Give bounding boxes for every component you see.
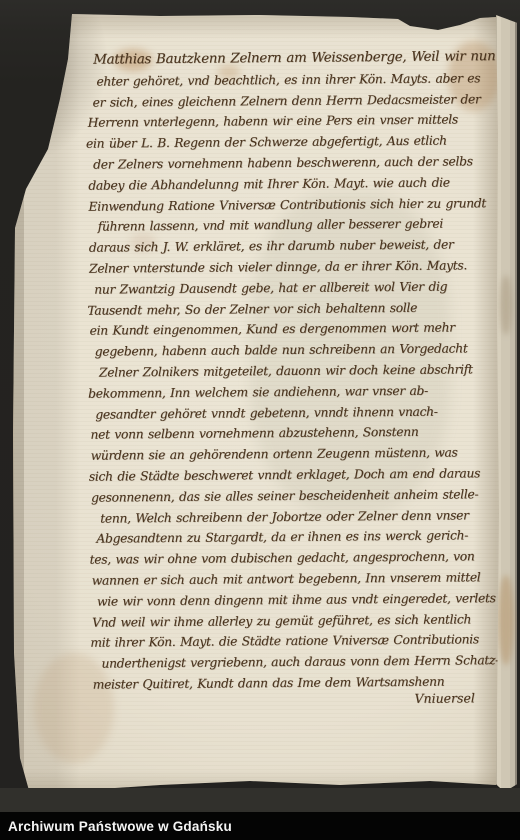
manuscript-line: dabey die Abhandelunng mit Ihrer Kön. Ma… (88, 172, 476, 196)
watermark-bar: Archiwum Państwowe w Gdańsku (0, 812, 520, 840)
manuscript-line: nur Zwantzig Dausendt gebe, hat er allbe… (94, 276, 477, 300)
manuscript-line: Zelner Zolnikers mitgeteilet, dauonn wir… (99, 359, 478, 383)
manuscript-line: gesandter gehöret vnndt gebetenn, vnndt … (95, 401, 478, 425)
manuscript-line: ehter gehöret, vnd beachtlich, es inn ih… (96, 68, 475, 92)
manuscript-line: wannen er sich auch mit antwort begebenn… (92, 567, 480, 591)
archival-photo: Matthias Bautzkenn Zelnern am Weissenber… (0, 0, 520, 840)
manuscript-line: bekommenn, Inn welchem sie andiehenn, wa… (88, 380, 478, 404)
manuscript-lines: Matthias Bautzkenn Zelnern am Weissenber… (87, 47, 481, 695)
manuscript-line: wie wir vonn denn dingenn mit ihme aus v… (97, 588, 480, 612)
page-bottom-shadow (0, 788, 520, 814)
manuscript-page: Matthias Bautzkenn Zelnern am Weissenber… (10, 13, 499, 805)
handwritten-text-block: Matthias Bautzkenn Zelnern am Weissenber… (87, 47, 481, 708)
manuscript-line: gesonnenenn, das sie alles seiner besche… (91, 484, 479, 508)
stain (500, 275, 512, 335)
archive-watermark: Archiwum Państwowe w Gdańsku (0, 819, 232, 834)
underlying-leaf-edge (496, 15, 517, 792)
stain (498, 575, 514, 665)
